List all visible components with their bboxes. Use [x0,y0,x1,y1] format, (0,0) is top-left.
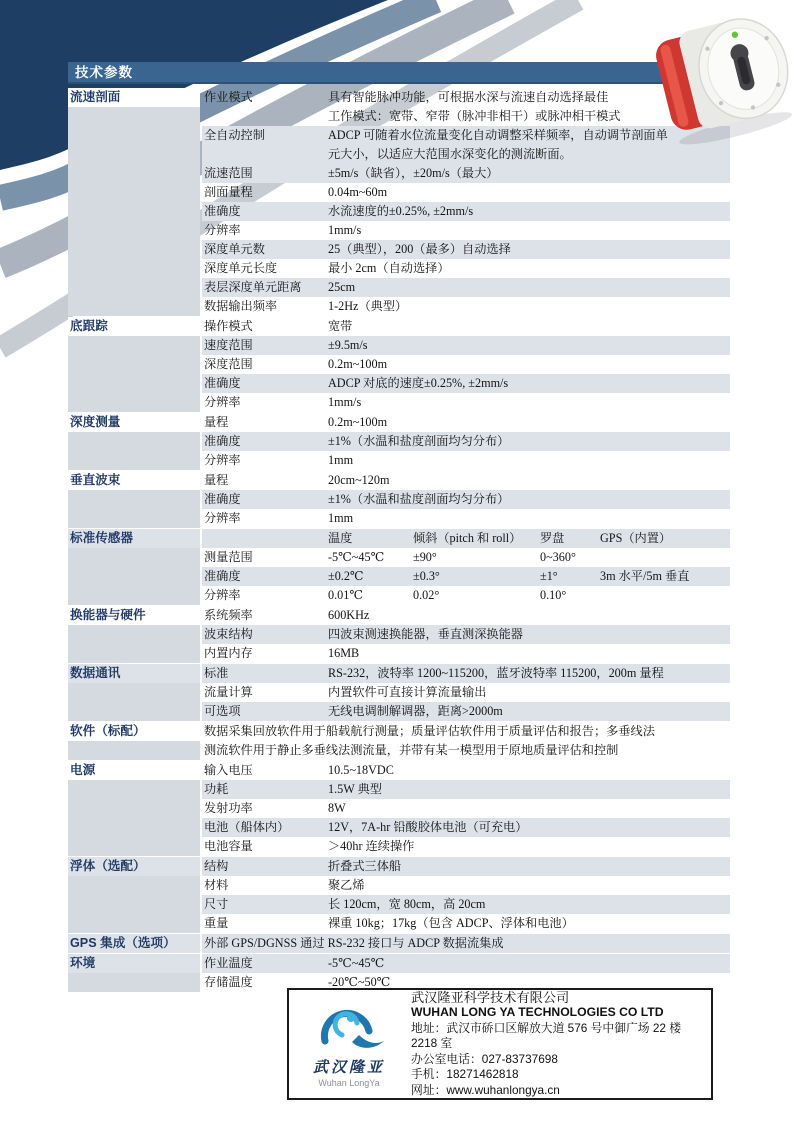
company-name-en: WUHAN LONG YA TECHNOLOGIES CO LTD [411,1005,703,1020]
company-name-cn: 武汉隆亚科学技术有限公司 [411,990,703,1005]
value-cell: 20cm~120m [328,471,730,490]
param-cell: 剖面量程 [202,183,328,202]
sensor-value-cell [600,586,730,605]
sensor-value-cell: ±0.3° [413,567,540,586]
section-category: 环境 [68,954,200,992]
param-cell: 准确度 [202,567,328,586]
value-cell: ±1%（水温和盐度剖面均匀分布） [328,490,730,509]
spec-section: 底跟踪操作模式宽带速度范围±9.5m/s深度范围0.2m~100m准确度ADCP… [68,317,730,412]
spec-section: 换能器与硬件系统频率600KHz波束结构四波束测速换能器，垂直测深换能器内置内存… [68,606,730,663]
value-cell: 10.5~18VDC [328,761,730,780]
company-logo: 武汉隆亚 Wuhan LongYa [297,1001,401,1088]
value-cell: 水流速度的±0.25%, ±2mm/s [328,202,730,221]
param-cell: 流速范围 [202,164,328,183]
param-cell: 深度单元长度 [202,259,328,278]
value-cell: 四波束测速换能器，垂直测深换能器 [328,625,730,644]
table-row: 表层深度单元距离25cm [202,278,730,297]
sensor-value-cell: -5℃~45℃ [328,548,413,567]
param-cell: 尺寸 [202,895,328,914]
value-cell: 聚乙烯 [328,876,730,895]
value-cell: 最小 2cm（自动选择） [328,259,730,278]
value-cell: 0.2m~100m [328,355,730,374]
datasheet-page: 技术参数 流速剖面作业模式具有智能脉冲功能，可根据水深与流速自动选择最佳 工作模… [0,0,794,1123]
param-cell: 标准 [202,664,328,683]
table-row: 数据输出频率1-2Hz（典型） [202,297,730,316]
param-cell: 全自动控制 [202,126,328,164]
spec-section: 标准传感器温度倾斜（pitch 和 roll）罗盘GPS（内置）测量范围-5℃~… [68,529,730,605]
param-cell: 作业温度 [202,954,328,973]
adcp-device-image [644,8,794,148]
param-cell: 输入电压 [202,761,328,780]
section-rows: 结构折叠式三体船材料聚乙烯尺寸长 120cm，宽 80cm，高 20cm重量裸重… [202,857,730,933]
param-cell [202,529,328,548]
table-row: 深度单元长度最小 2cm（自动选择） [202,259,730,278]
param-cell: 分辨率 [202,451,328,470]
param-cell: 深度单元数 [202,240,328,259]
sensor-value-cell: ±0.2℃ [328,567,413,586]
value-cell: ±5m/s（缺省），±20m/s（最大） [328,164,730,183]
table-row: 操作模式宽带 [202,317,730,336]
param-cell: 流量计算 [202,683,328,702]
table-row: 功耗1.5W 典型 [202,780,730,799]
table-row: 作业温度-5℃~45℃ [202,954,730,973]
value-cell: 1mm/s [328,221,730,240]
table-row: 准确度±1%（水温和盐度剖面均匀分布） [202,490,730,509]
value-cell: 25cm [328,278,730,297]
value-cell: 1.5W 典型 [328,780,730,799]
value-cell: ＞40hr 连续操作 [328,837,730,856]
table-row: 输入电压10.5~18VDC [202,761,730,780]
sensor-value-cell: 3m 水平/5m 垂直 [600,567,730,586]
param-cell: 准确度 [202,202,328,221]
sensor-value-cell: ±1° [540,567,600,586]
table-row: 电池（船体内）12V，7A-hr 铅酸胶体电池（可充电） [202,818,730,837]
table-row: 分辨率1mm [202,509,730,528]
table-row: 波束结构四波束测速换能器，垂直测深换能器 [202,625,730,644]
section-rows: 操作模式宽带速度范围±9.5m/s深度范围0.2m~100m准确度ADCP 对底… [202,317,730,412]
spec-section: 浮体（选配）结构折叠式三体船材料聚乙烯尺寸长 120cm，宽 80cm，高 20… [68,857,730,933]
section-category: 深度测量 [68,413,200,470]
param-cell: 准确度 [202,374,328,393]
section-category: 流速剖面 [68,88,200,316]
param-cell: 测量范围 [202,548,328,567]
company-mobile: 手机：18271462818 [411,1067,703,1082]
value-cell: 无线电调制解调器，距离>2000m [328,702,730,721]
sensor-value-cell: 0.10° [540,586,600,605]
value-cell: 宽带 [328,317,730,336]
table-row: 分辨率1mm [202,451,730,470]
table-row: 测量范围-5℃~45℃±90°0~360° [202,548,730,567]
company-website: 网址：www.wuhanlongya.cn [411,1083,703,1098]
param-cell: 分辨率 [202,221,328,240]
table-row: 分辨率1mm/s [202,393,730,412]
table-row: 可选项无线电调制解调器，距离>2000m [202,702,730,721]
table-row: 外部 GPS/DGNSS 通过 RS-232 接口与 ADCP 数据流集成 [202,934,730,953]
table-row: 数据采集回放软件用于船载航行测量；质量评估软件用于质量评估和报告；多垂线法 测流… [202,722,730,760]
table-row: 深度范围0.2m~100m [202,355,730,374]
section-category: 垂直波束 [68,471,200,528]
table-row: 系统频率600KHz [202,606,730,625]
sensor-value-cell: 0.01℃ [328,586,413,605]
section-rows: 数据采集回放软件用于船载航行测量；质量评估软件用于质量评估和报告；多垂线法 测流… [202,722,730,760]
company-details: 武汉隆亚科学技术有限公司 WUHAN LONG YA TECHNOLOGIES … [411,990,703,1098]
table-row: 量程0.2m~100m [202,413,730,432]
value-cell: 0.2m~100m [328,413,730,432]
value-cell: 25（典型），200（最多）自动选择 [328,240,730,259]
table-row: 剖面量程0.04m~60m [202,183,730,202]
table-row: 分辨率0.01℃0.02°0.10° [202,586,730,605]
param-cell: 作业模式 [202,88,328,126]
table-row: 流速范围±5m/s（缺省），±20m/s（最大） [202,164,730,183]
value-cell: 长 120cm，宽 80cm，高 20cm [328,895,730,914]
table-row: 量程20cm~120m [202,471,730,490]
table-row: 结构折叠式三体船 [202,857,730,876]
param-cell: 波束结构 [202,625,328,644]
logo-text-en: Wuhan LongYa [297,1078,401,1088]
value-cell: 折叠式三体船 [328,857,730,876]
table-row: 标准RS-232，波特率 1200~115200，蓝牙波特率 115200，20… [202,664,730,683]
sensor-value-cell: 0~360° [540,548,600,567]
param-cell: 功耗 [202,780,328,799]
section-category: 标准传感器 [68,529,200,605]
table-row: 温度倾斜（pitch 和 roll）罗盘GPS（内置） [202,529,730,548]
param-cell: 表层深度单元距离 [202,278,328,297]
section-category: 软件（标配） [68,722,200,760]
param-cell: 深度范围 [202,355,328,374]
table-row: 分辨率1mm/s [202,221,730,240]
spec-section: GPS 集成（选项）外部 GPS/DGNSS 通过 RS-232 接口与 ADC… [68,934,730,953]
value-cell: 600KHz [328,606,730,625]
param-cell: 分辨率 [202,509,328,528]
section-rows: 量程0.2m~100m准确度±1%（水温和盐度剖面均匀分布）分辨率1mm [202,413,730,470]
param-cell: 电池容量 [202,837,328,856]
page-title: 技术参数 [68,62,730,84]
value-cell: RS-232，波特率 1200~115200，蓝牙波特率 115200，200m… [328,664,730,683]
param-cell: 材料 [202,876,328,895]
value-cell: ±1%（水温和盐度剖面均匀分布） [328,432,730,451]
section-category: 数据通讯 [68,664,200,721]
param-cell: 准确度 [202,490,328,509]
company-info-box: 武汉隆亚 Wuhan LongYa 武汉隆亚科学技术有限公司 WUHAN LON… [287,988,713,1100]
section-category: 电源 [68,761,200,856]
value-cell: 1mm [328,509,730,528]
spec-section: 数据通讯标准RS-232，波特率 1200~115200，蓝牙波特率 11520… [68,664,730,721]
table-row: 准确度±1%（水温和盐度剖面均匀分布） [202,432,730,451]
param-cell: 分辨率 [202,393,328,412]
value-cell: 裸重 10kg；17kg（包含 ADCP、浮体和电池） [328,914,730,933]
table-row: 材料聚乙烯 [202,876,730,895]
spec-section: 环境作业温度-5℃~45℃存储温度-20℃~50℃ [68,954,730,992]
spec-section: 流速剖面作业模式具有智能脉冲功能，可根据水深与流速自动选择最佳 工作模式：宽带、… [68,88,730,316]
param-cell: 量程 [202,471,328,490]
param-cell: 准确度 [202,432,328,451]
section-rows: 标准RS-232，波特率 1200~115200，蓝牙波特率 115200，20… [202,664,730,721]
table-row: 内置内存16MB [202,644,730,663]
section-category: 浮体（选配） [68,857,200,933]
table-row: 深度单元数25（典型），200（最多）自动选择 [202,240,730,259]
param-cell: 发射功率 [202,799,328,818]
param-cell: 量程 [202,413,328,432]
value-cell: 1mm/s [328,393,730,412]
sensor-value-cell: 0.02° [413,586,540,605]
param-cell: 内置内存 [202,644,328,663]
param-cell: 重量 [202,914,328,933]
param-cell: 系统频率 [202,606,328,625]
table-row: 流量计算内置软件可直接计算流量输出 [202,683,730,702]
table-row: 准确度ADCP 对底的速度±0.25%, ±2mm/s [202,374,730,393]
param-cell: 结构 [202,857,328,876]
value-cell: 12V，7A-hr 铅酸胶体电池（可充电） [328,818,730,837]
value-cell: ±9.5m/s [328,336,730,355]
spec-section: 深度测量量程0.2m~100m准确度±1%（水温和盐度剖面均匀分布）分辨率1mm [68,413,730,470]
sensor-value-cell: 倾斜（pitch 和 roll） [413,529,540,548]
section-rows: 输入电压10.5~18VDC功耗1.5W 典型发射功率8W电池（船体内）12V，… [202,761,730,856]
value-cell: 1-2Hz（典型） [328,297,730,316]
value-cell: 16MB [328,644,730,663]
param-cell: 操作模式 [202,317,328,336]
spec-section: 垂直波束量程20cm~120m准确度±1%（水温和盐度剖面均匀分布）分辨率1mm [68,471,730,528]
table-row: 准确度±0.2℃±0.3°±1°3m 水平/5m 垂直 [202,567,730,586]
param-cell: 电池（船体内） [202,818,328,837]
value-cell: 内置软件可直接计算流量输出 [328,683,730,702]
value-cell: 0.04m~60m [328,183,730,202]
section-category: 换能器与硬件 [68,606,200,663]
value-cell: 外部 GPS/DGNSS 通过 RS-232 接口与 ADCP 数据流集成 [202,934,730,953]
table-row: 尺寸长 120cm，宽 80cm，高 20cm [202,895,730,914]
value-cell: 数据采集回放软件用于船载航行测量；质量评估软件用于质量评估和报告；多垂线法 测流… [202,722,730,760]
company-address: 地址：武汉市硚口区解放大道 576 号中御广场 22 楼 2218 室 [411,1021,703,1052]
param-cell: 速度范围 [202,336,328,355]
value-cell: 1mm [328,451,730,470]
sensor-value-cell: 罗盘 [540,529,600,548]
section-rows: 外部 GPS/DGNSS 通过 RS-232 接口与 ADCP 数据流集成 [202,934,730,953]
sensor-value-cell [600,548,730,567]
section-rows: 量程20cm~120m准确度±1%（水温和盐度剖面均匀分布）分辨率1mm [202,471,730,528]
company-office-phone: 办公室电话：027-83737698 [411,1052,703,1067]
param-cell: 分辨率 [202,586,328,605]
sensor-value-cell: 温度 [328,529,413,548]
table-row: 速度范围±9.5m/s [202,336,730,355]
section-rows: 作业温度-5℃~45℃存储温度-20℃~50℃ [202,954,730,992]
sensor-value-cell: ±90° [413,548,540,567]
value-cell: -5℃~45℃ [328,954,730,973]
section-rows: 系统频率600KHz波束结构四波束测速换能器，垂直测深换能器内置内存16MB [202,606,730,663]
section-category: 底跟踪 [68,317,200,412]
table-row: 重量裸重 10kg；17kg（包含 ADCP、浮体和电池） [202,914,730,933]
value-cell: 8W [328,799,730,818]
spec-section: 电源输入电压10.5~18VDC功耗1.5W 典型发射功率8W电池（船体内）12… [68,761,730,856]
wave-logo-icon [313,1001,385,1051]
section-rows: 温度倾斜（pitch 和 roll）罗盘GPS（内置）测量范围-5℃~45℃±9… [202,529,730,605]
sensor-value-cell: GPS（内置） [600,529,730,548]
spec-table-body: 流速剖面作业模式具有智能脉冲功能，可根据水深与流速自动选择最佳 工作模式：宽带、… [68,88,730,993]
value-cell: ADCP 对底的速度±0.25%, ±2mm/s [328,374,730,393]
table-row: 发射功率8W [202,799,730,818]
param-cell: 数据输出频率 [202,297,328,316]
table-row: 电池容量＞40hr 连续操作 [202,837,730,856]
table-row: 准确度水流速度的±0.25%, ±2mm/s [202,202,730,221]
spec-section: 软件（标配）数据采集回放软件用于船载航行测量；质量评估软件用于质量评估和报告；多… [68,722,730,760]
param-cell: 可选项 [202,702,328,721]
logo-text-cn: 武汉隆亚 [297,1056,401,1077]
section-category: GPS 集成（选项） [68,934,200,953]
